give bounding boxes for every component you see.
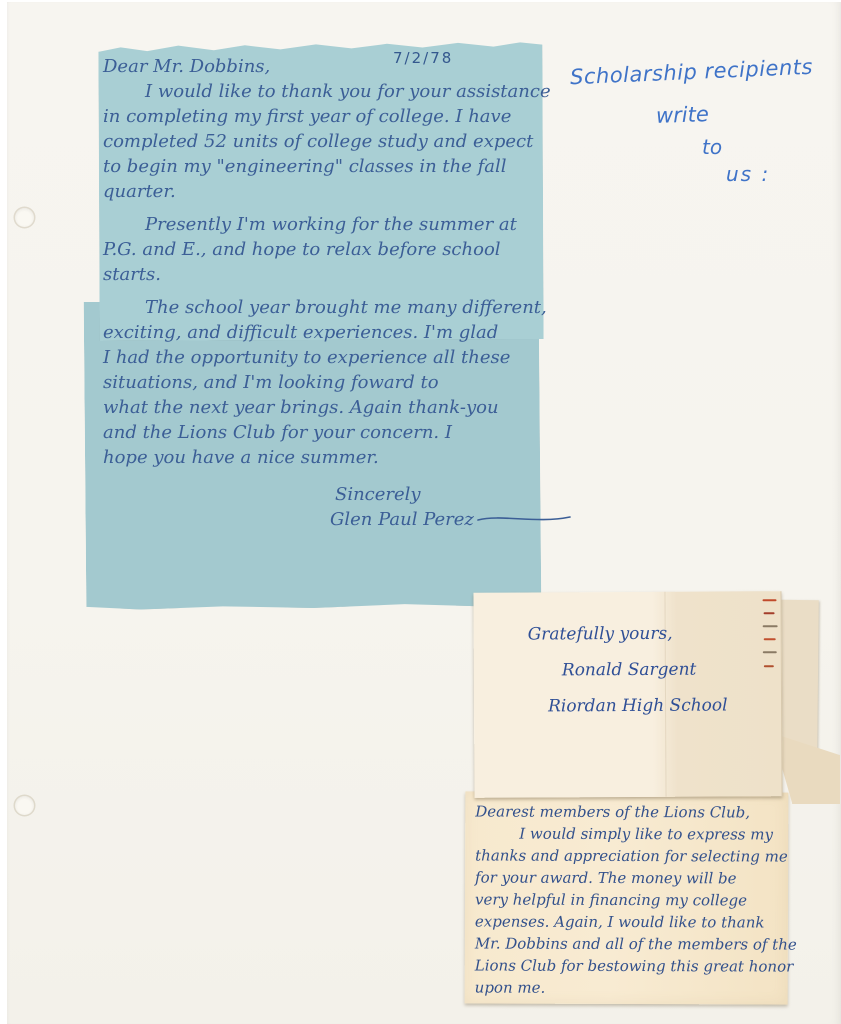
letter-line: and the Lions Club for your concern. I (103, 420, 545, 445)
letter-line: completed 52 units of college study and … (103, 129, 545, 154)
note-line: Mr. Dobbins and all of the members of th… (475, 932, 781, 955)
stamp-dash (763, 625, 778, 627)
letter-line: P.G. and E., and hope to relax before sc… (103, 237, 545, 262)
note-line: Lions Club for bestowing this great hono… (475, 954, 781, 977)
note-line: Dearest members of the Lions Club, (475, 800, 781, 823)
scrapbook-page: Scholarship recipients write to us : 7/2… (0, 0, 841, 1024)
greeting-card: Gratefully yours, Ronald Sargent Riordan… (473, 591, 782, 798)
letter-text: 7/2/78 Dear Mr. Dobbins, I would like to… (103, 54, 545, 532)
note-text: Dearest members of the Lions Club, I wou… (475, 800, 782, 999)
signature-name: Glen Paul Perez (330, 509, 474, 530)
stamp-dash (763, 651, 777, 653)
note-line: expenses. Again, I would like to thank (475, 910, 781, 933)
letter-line: what the next year brings. Again thank-y… (103, 395, 545, 420)
note-line: I would simply like to express my (475, 822, 781, 845)
letter-line: in completing my first year of college. … (103, 104, 545, 129)
letter-line: starts. (103, 262, 545, 287)
stamp-dash (764, 612, 775, 614)
letter-line: situations, and I'm looking foward to (103, 370, 545, 395)
note-line: thanks and appreciation for selecting me (475, 844, 781, 867)
signature-flourish (476, 513, 572, 525)
letter-line: exciting, and difficult experiences. I'm… (103, 320, 545, 345)
note-line: for your award. The money will be (475, 866, 781, 889)
letter-salutation: Dear Mr. Dobbins, (103, 54, 545, 79)
stamp-dash (764, 638, 776, 640)
card-fold-crease (664, 592, 666, 797)
letter-line: quarter. (103, 179, 545, 204)
stamp-dash (764, 665, 774, 667)
letter-closing: Sincerely (335, 482, 545, 507)
letter-date: 7/2/78 (393, 46, 453, 71)
note-line: upon me. (475, 976, 781, 999)
card-signature: Ronald Sargent (562, 660, 697, 681)
letter-line: I had the opportunity to experience all … (103, 345, 545, 370)
letter-line: to begin my "engineering" classes in the… (103, 154, 545, 179)
thank-you-note: Dearest members of the Lions Club, I wou… (465, 791, 789, 1004)
note-line: very helpful in financing my college (475, 888, 781, 911)
letter-line: The school year brought me many differen… (103, 295, 545, 320)
card-closing: Gratefully yours, (528, 624, 673, 645)
letter-line: I would like to thank you for your assis… (103, 79, 545, 104)
letter-line: Presently I'm working for the summer at (103, 212, 545, 237)
stamp-perforation-marks (758, 599, 780, 679)
letter-signature: Glen Paul Perez (330, 507, 545, 532)
stamp-dash (763, 599, 777, 601)
letter-line: hope you have a nice summer. (103, 445, 545, 470)
card-school: Riordan High School (548, 695, 728, 716)
